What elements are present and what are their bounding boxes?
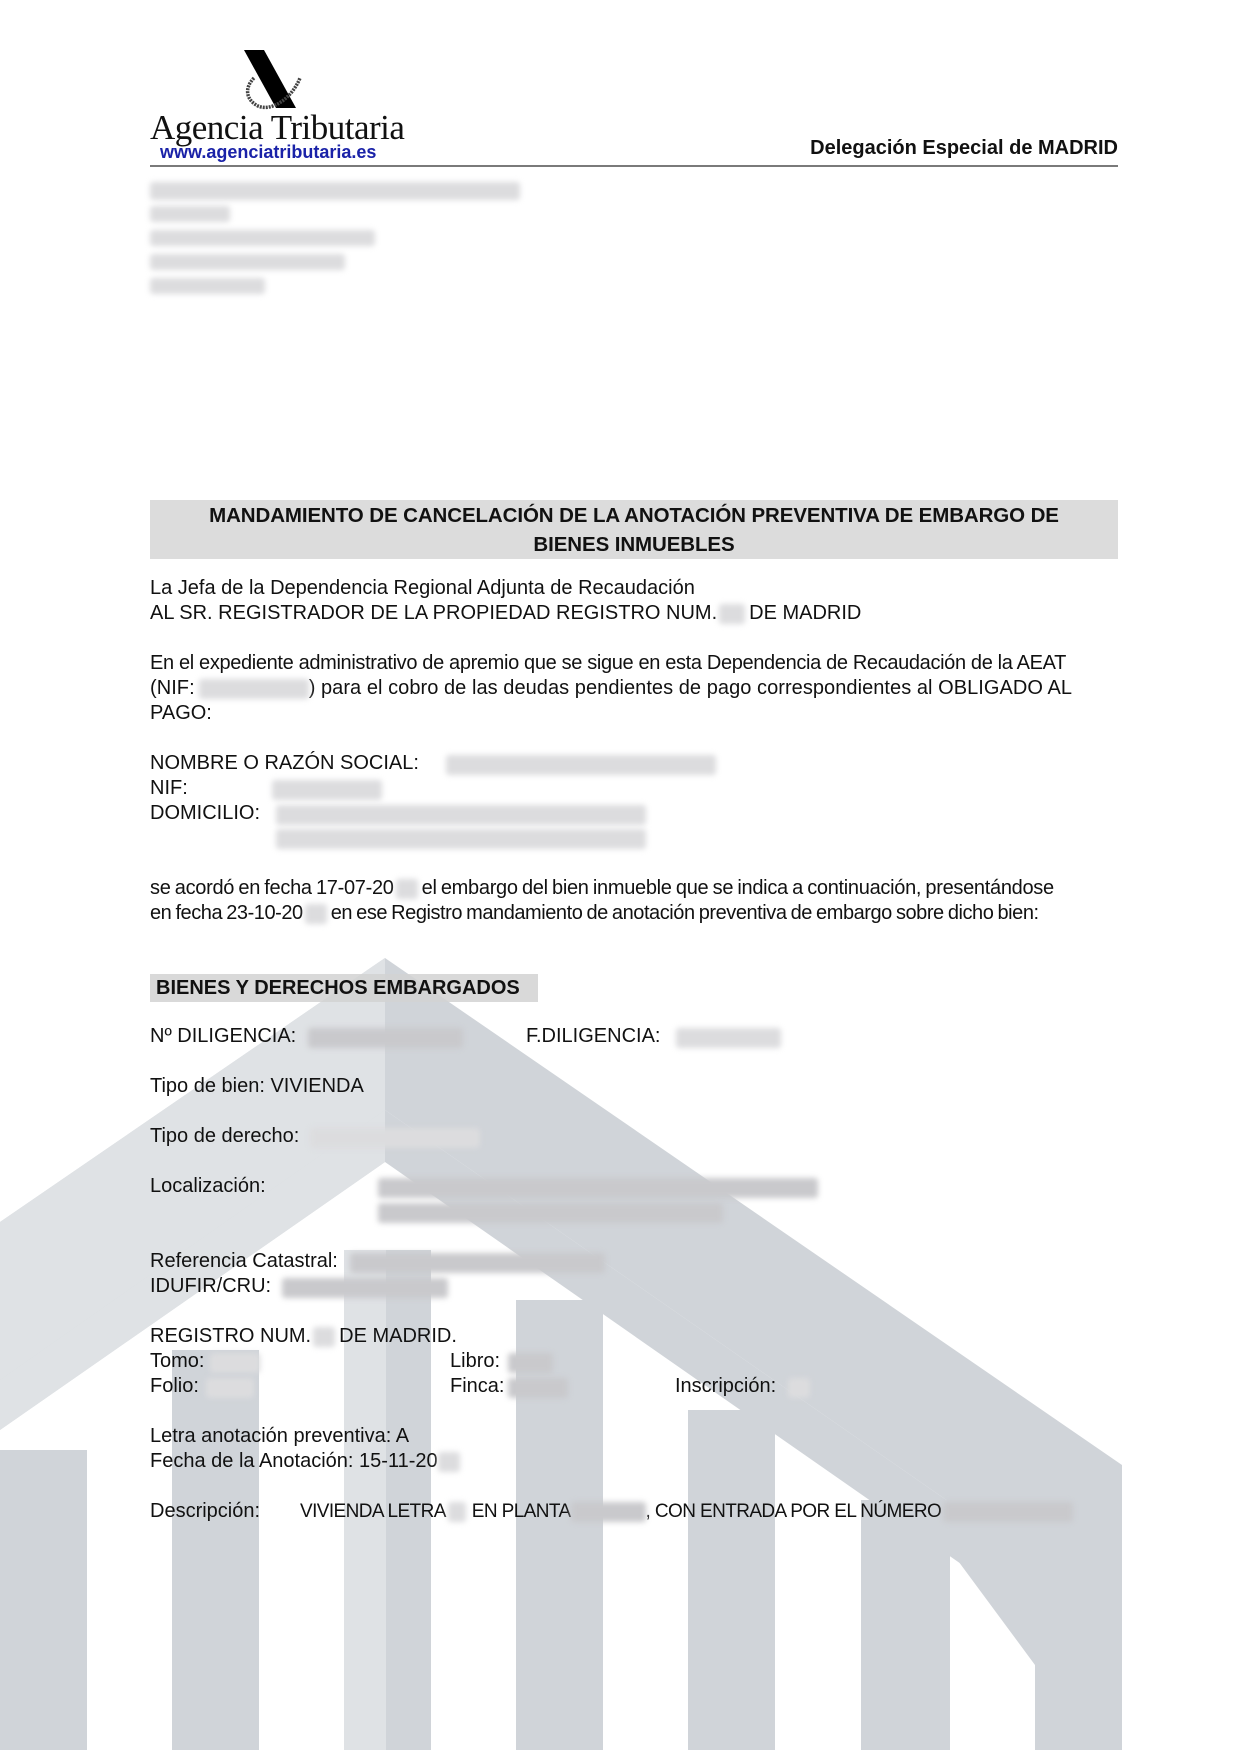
title-line-1: MANDAMIENTO DE CANCELACIÓN DE LA ANOTACI… xyxy=(150,501,1118,530)
website-link[interactable]: www.agenciatributaria.es xyxy=(160,143,376,161)
ref-catastral-label: Referencia Catastral: xyxy=(150,1249,338,1274)
redacted-street-number xyxy=(943,1502,1073,1522)
redacted-addressee-line xyxy=(150,230,375,246)
inscripcion-label: Inscripción: xyxy=(675,1374,776,1399)
redacted-addressee-line xyxy=(150,182,520,200)
fecha-anotacion-value: 15-11-20 xyxy=(359,1450,438,1472)
idufir-label: IDUFIR/CRU: xyxy=(150,1274,271,1299)
redacted-libro xyxy=(508,1353,553,1373)
redacted-debtor-name xyxy=(446,755,716,775)
redacted-ref-catastral xyxy=(350,1253,605,1273)
redacted-tipo-derecho xyxy=(310,1128,480,1148)
redacted-nif xyxy=(199,679,309,699)
redacted-debtor-address-line-2 xyxy=(276,829,646,849)
sender-line: La Jefa de la Dependencia Regional Adjun… xyxy=(150,576,695,601)
redacted-addressee-line xyxy=(150,278,265,294)
office-name: Delegación Especial de MADRID xyxy=(810,138,1118,158)
tipo-derecho-label: Tipo de derecho: xyxy=(150,1124,299,1149)
agreement-line-2: en fecha 23-10-20en ese Registro mandami… xyxy=(150,901,1039,926)
redacted-debtor-nif xyxy=(272,780,382,800)
localizacion-label: Localización: xyxy=(150,1174,266,1199)
redacted-diligencia-number xyxy=(308,1028,463,1048)
agreement-line-1: se acordó en fecha 17-07-20el embargo de… xyxy=(150,876,1054,901)
redacted-addressee-line xyxy=(150,254,345,270)
libro-label: Libro: xyxy=(450,1349,500,1374)
letra-anotacion-value: A xyxy=(396,1425,409,1447)
redacted-idufir xyxy=(282,1278,448,1298)
title-line-2: BIENES INMUEBLES xyxy=(150,530,1118,559)
folio-label: Folio: xyxy=(150,1374,199,1399)
redacted-tomo xyxy=(210,1353,260,1373)
document-title: MANDAMIENTO DE CANCELACIÓN DE LA ANOTACI… xyxy=(150,500,1118,559)
redacted-addressee-line xyxy=(150,206,230,222)
paragraph-1-line-1: En el expediente administrativo de aprem… xyxy=(150,651,1066,676)
redacted-localizacion-line-1 xyxy=(378,1178,818,1198)
redacted-inscripcion xyxy=(788,1378,810,1398)
logo-text: Agencia Tributaria xyxy=(150,110,404,145)
agencia-tributaria-logo-icon xyxy=(234,48,306,114)
registro-row: REGISTRO NUM.DE MADRID. xyxy=(150,1324,457,1349)
redacted-year xyxy=(438,1452,460,1472)
letra-anotacion-row: Letra anotación preventiva: A xyxy=(150,1424,409,1449)
descripcion-value: VIVIENDA LETRAEN PLANTA, CON ENTRADA POR… xyxy=(300,1499,1073,1524)
paragraph-1-line-2: (NIF:) para el cobro de las deudas pendi… xyxy=(150,676,1072,701)
redacted-diligencia-date xyxy=(676,1028,781,1048)
f-diligencia-label: F.DILIGENCIA: xyxy=(526,1024,660,1049)
debtor-nif-label: NIF: xyxy=(150,776,188,801)
redacted-letter xyxy=(448,1502,466,1522)
debtor-address-label: DOMICILIO: xyxy=(150,801,260,826)
debtor-name-label: NOMBRE O RAZÓN SOCIAL: xyxy=(150,751,419,776)
redacted-debtor-address-line-1 xyxy=(276,805,646,825)
tipo-bien-row: Tipo de bien: VIVIENDA xyxy=(150,1074,364,1099)
diligencia-label: Nº DILIGENCIA: xyxy=(150,1024,296,1049)
descripcion-label: Descripción: xyxy=(150,1499,260,1524)
header-divider xyxy=(150,165,1118,167)
redacted-year xyxy=(305,904,327,924)
tomo-label: Tomo: xyxy=(150,1349,204,1374)
redacted-finca xyxy=(508,1378,568,1398)
finca-label: Finca: xyxy=(450,1374,504,1399)
redacted-year xyxy=(396,879,418,899)
tipo-bien-value: VIVIENDA xyxy=(270,1075,363,1097)
paragraph-1-line-3: PAGO: xyxy=(150,701,212,726)
redacted-registry-number xyxy=(313,1327,335,1347)
recipient-line: AL SR. REGISTRADOR DE LA PROPIEDAD REGIS… xyxy=(150,601,861,626)
redacted-localizacion-line-2 xyxy=(378,1203,723,1223)
redacted-registry-number xyxy=(719,604,745,624)
section-heading-assets: BIENES Y DERECHOS EMBARGADOS xyxy=(150,974,538,1002)
redacted-folio xyxy=(206,1378,254,1398)
fecha-anotacion-row: Fecha de la Anotación: 15-11-20 xyxy=(150,1449,460,1474)
redacted-floor xyxy=(571,1502,646,1522)
